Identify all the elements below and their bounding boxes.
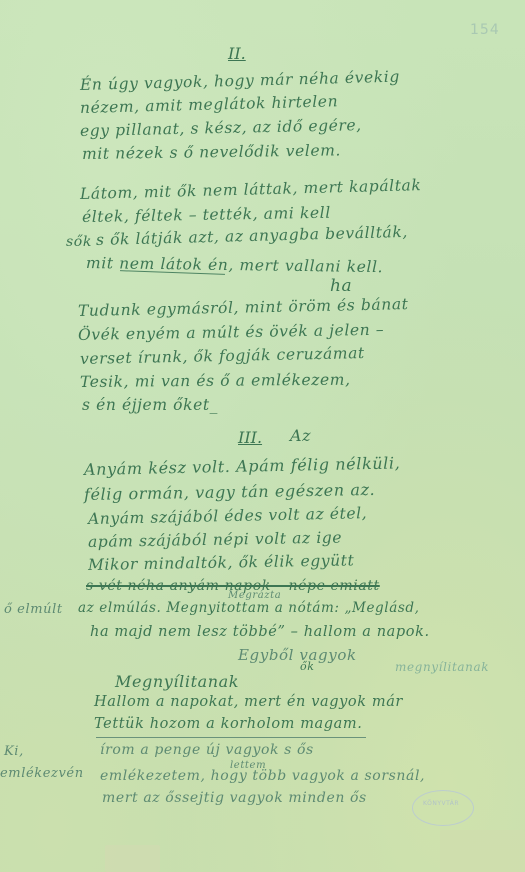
section-heading-ii: II.: [228, 44, 246, 63]
poem-line: Egyből vagyok: [238, 646, 357, 664]
poem-line: Anyám kész volt. Apám félig nélküli,: [84, 453, 401, 479]
poem-line: s ők látják azt, az anyagba bevállták,: [96, 223, 408, 249]
margin-note: sők: [66, 234, 92, 250]
poem-line: írom a penge új vagyok s ős: [100, 742, 314, 758]
stamp-text: KÖNYVTÁR: [423, 800, 459, 807]
poem-line: nézem, amit meglátok hirtelen: [80, 92, 339, 117]
margin-note-left: Ki,: [4, 744, 24, 759]
poem-line: emlékezetem, hogy több vagyok a sorsnál,: [100, 768, 425, 784]
poem-line: Tesik, mi van és ő a emlékezem,: [80, 371, 351, 391]
insertion-ok: ők: [300, 660, 315, 673]
poem-line: Anyám szájából édes volt az étel,: [88, 504, 368, 528]
margin-note-right: megnyílitanak: [395, 660, 489, 674]
margin-note-left: emlékezvén: [0, 766, 84, 781]
heading-addition: Az: [290, 426, 311, 445]
poem-line: verset írunk, ők fogják ceruzámat: [80, 344, 365, 368]
poem-line: Hallom a napokat, mert én vagyok már: [94, 694, 403, 710]
poem-line: Én úgy vagyok, hogy már néha évekig: [80, 68, 400, 94]
poem-line: s én éjjem őket_: [82, 396, 218, 414]
insertion: ha: [330, 276, 352, 296]
poem-line: éltek, féltek – tették, ami kell: [82, 204, 331, 226]
underline-stroke: [96, 737, 366, 738]
poem-line: az elmúlás. Megnyitottam a nótám: „Meglá…: [78, 600, 420, 616]
section-heading-iii: III.: [238, 428, 262, 447]
poem-line: Tudunk egymásról, mint öröm és bánat: [78, 295, 409, 320]
insertion-above: Megnyílitanak: [115, 672, 239, 691]
page-number: 154: [470, 22, 500, 38]
poem-line: egy pillanat, s kész, az idő egére,: [80, 116, 362, 140]
paper-stain: [105, 845, 160, 872]
manuscript-page: 154 II. Én úgy vagyok, hogy már néha éve…: [0, 0, 525, 872]
library-stamp: KÖNYVTÁR: [412, 790, 474, 826]
paper-stain: [440, 830, 525, 872]
poem-line: félig ormán, vagy tán egészen az.: [84, 480, 376, 504]
poem-line: Mikor mindaltók, ők élik együtt: [88, 551, 355, 574]
poem-line: mit nem látok én, mert vallani kell.: [86, 254, 383, 276]
poem-line: mert az őssejtig vagyok minden ős: [102, 790, 367, 806]
poem-line: Látom, mit ők nem láttak, mert kapáltak: [80, 176, 422, 203]
margin-note-left: ő elmúlt: [4, 602, 63, 617]
poem-line: mit nézek s ő nevelődik velem.: [82, 141, 341, 163]
poem-line: Tettük hozom a korholom magam.: [94, 716, 363, 732]
poem-line: ha majd nem lesz többé” – hallom a napok…: [90, 624, 430, 640]
poem-line: apám szájából népi volt az ige: [88, 529, 342, 551]
poem-line: Övék enyém a múlt és övék a jelen –: [78, 321, 384, 344]
